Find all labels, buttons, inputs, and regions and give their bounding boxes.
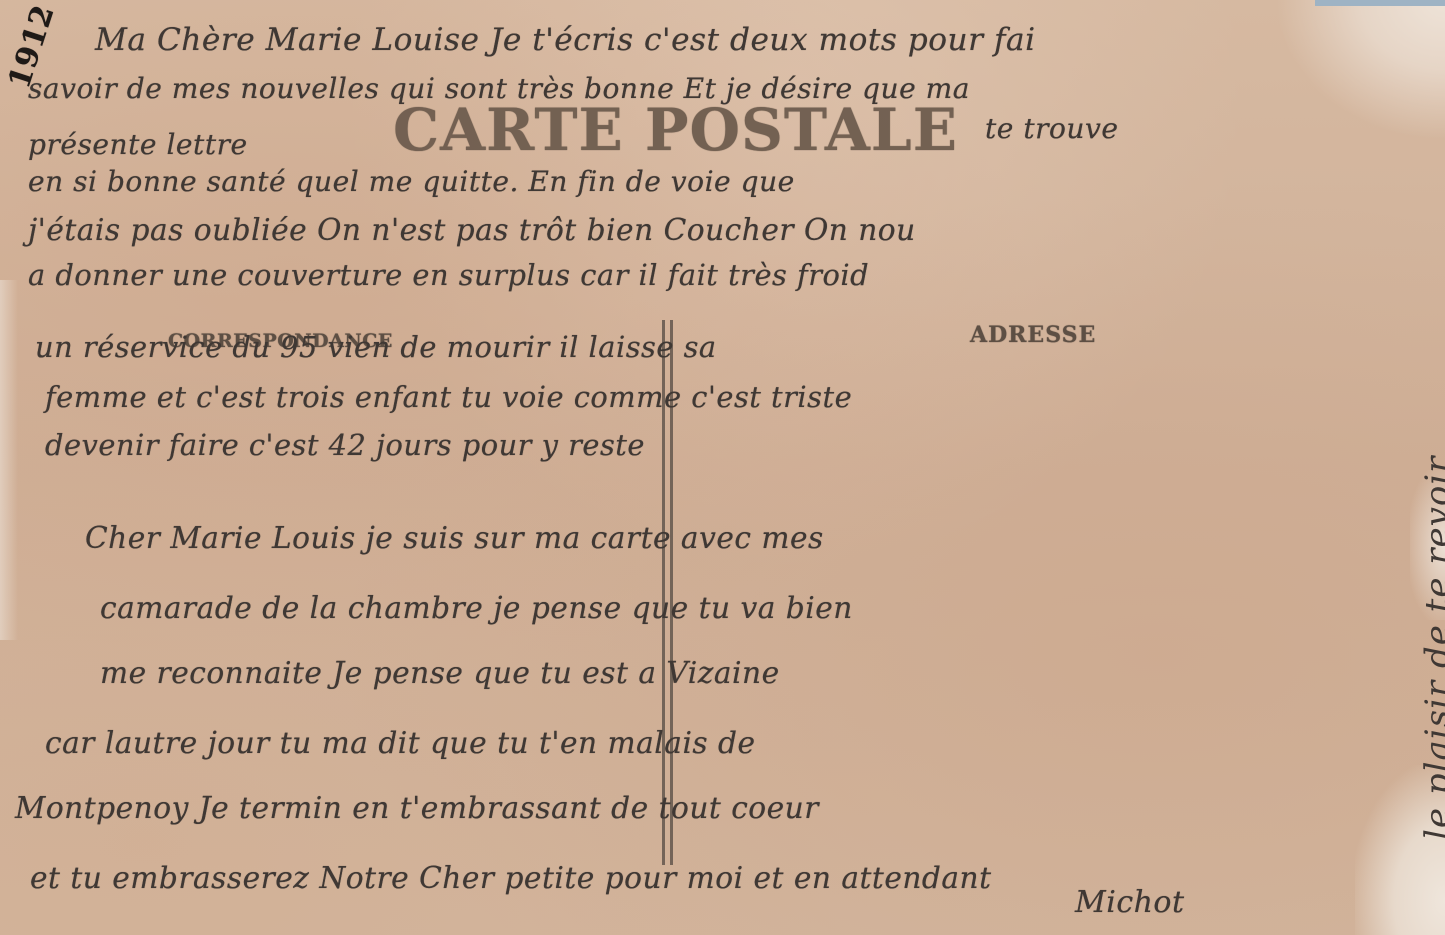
handwritten-line: Ma Chère Marie Louise Je t'écris c'est d…: [95, 22, 1036, 58]
handwritten-line: en si bonne santé quel me quitte. En fin…: [28, 165, 795, 198]
handwritten-signature: Michot: [1075, 885, 1185, 920]
worn-edge-left: [0, 280, 18, 640]
carte-postale-heading: CARTE POSTALE: [393, 96, 958, 164]
handwritten-line: me reconnaite Je pense que tu est a Viza…: [100, 655, 780, 690]
handwritten-line: savoir de mes nouvelles qui sont très bo…: [28, 72, 970, 105]
handwritten-line: femme et c'est trois enfant tu voie comm…: [45, 380, 852, 414]
handwritten-line: camarade de la chambre je pense que tu v…: [100, 590, 853, 625]
handwritten-margin-note: le plaisir de te revoir: [1418, 456, 1445, 840]
handwritten-line: Cher Marie Louis je suis sur ma carte av…: [85, 520, 824, 555]
handwritten-line: a donner une couverture en surplus car i…: [28, 258, 869, 292]
adresse-label: ADRESSE: [970, 322, 1096, 348]
postcard-back: CARTE POSTALE CORRESPONDANCE ADRESSE 191…: [0, 0, 1445, 935]
worn-corner-top-right: [1275, 0, 1445, 140]
scan-background-edge: [1315, 0, 1445, 6]
handwritten-line: te trouve: [985, 112, 1119, 145]
handwritten-line: un réservice du 95 vien de mourir il lai…: [35, 330, 717, 364]
handwritten-line: Montpenoy Je termin en t'embrassant de t…: [15, 790, 819, 825]
handwritten-line: car lautre jour tu ma dit que tu t'en ma…: [45, 725, 756, 760]
handwritten-line: j'étais pas oubliée On n'est pas trôt bi…: [28, 212, 916, 247]
handwritten-line: et tu embrasserez Notre Cher petite pour…: [30, 860, 992, 895]
handwritten-line: présente lettre: [28, 128, 248, 161]
handwritten-line: devenir faire c'est 42 jours pour y rest…: [45, 428, 645, 462]
